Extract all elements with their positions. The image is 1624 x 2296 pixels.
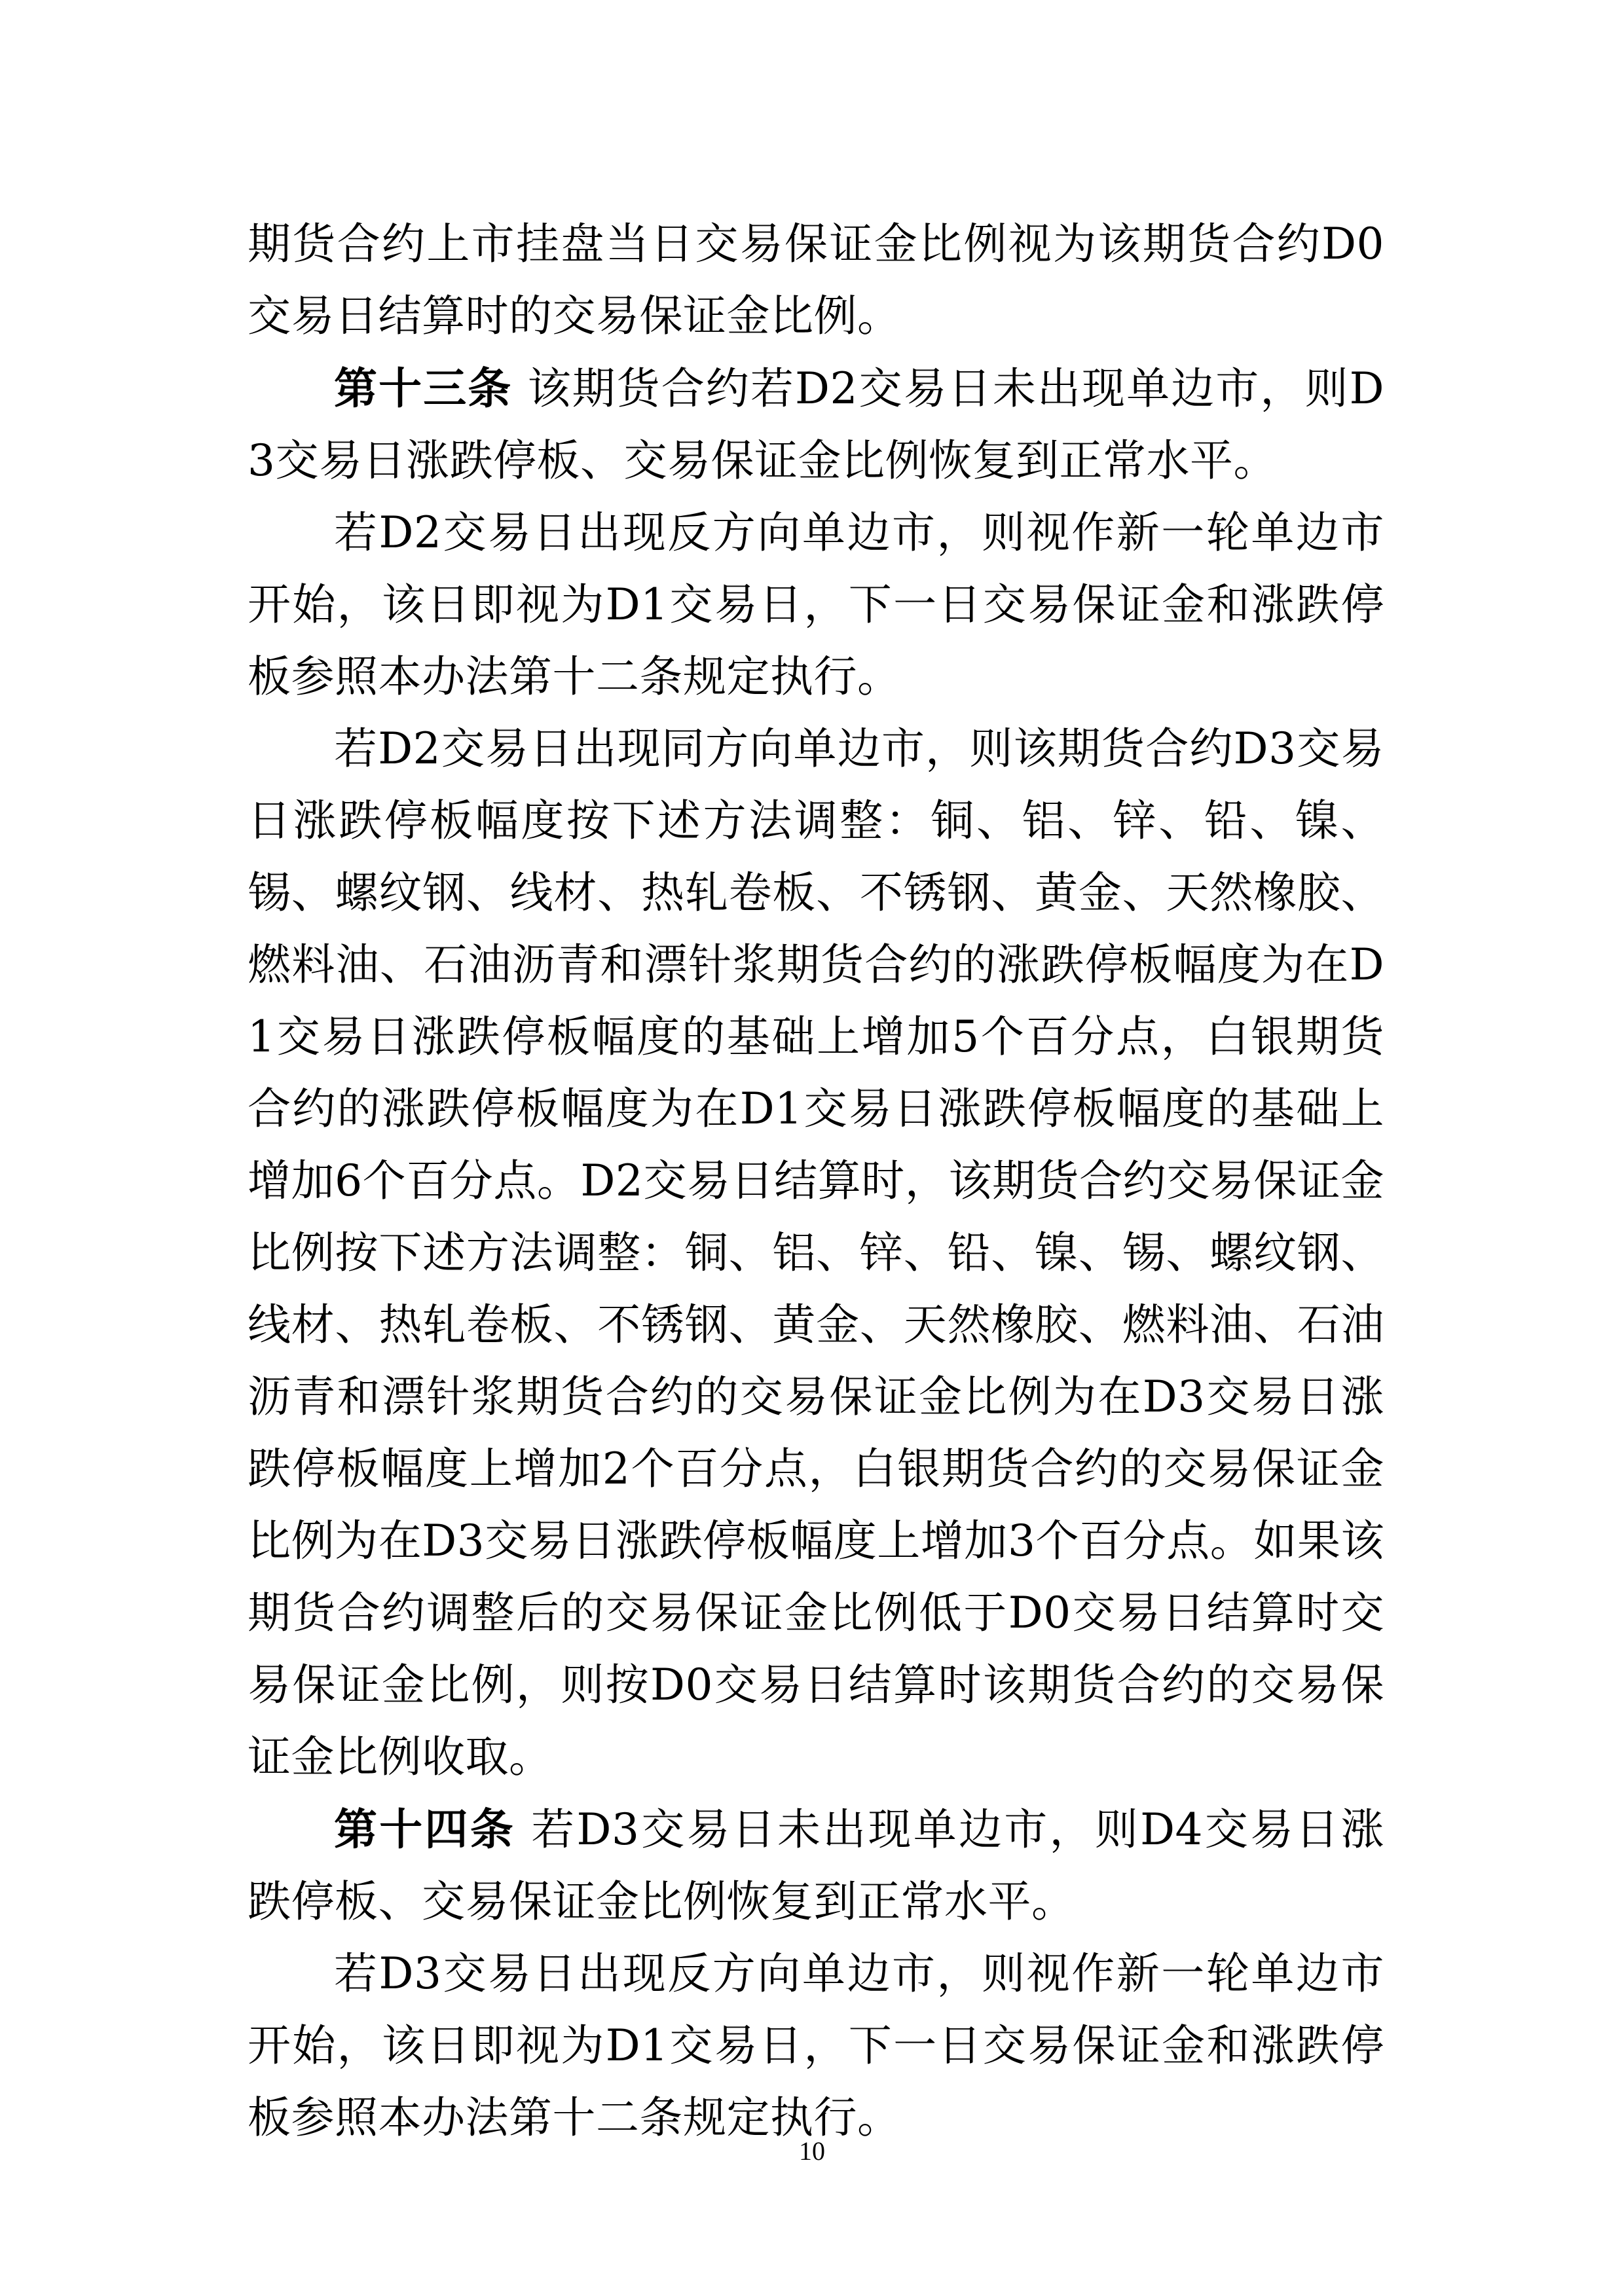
- article-heading: 第十三条: [334, 363, 512, 414]
- paragraph-text: 期货合约上市挂盘当日交易保证金比例视为该期货合约D0交易日结算时的交易保证金比例…: [248, 219, 1384, 341]
- paragraph-continuation: 期货合约上市挂盘当日交易保证金比例视为该期货合约D0交易日结算时的交易保证金比例…: [248, 208, 1384, 352]
- document-body: 期货合约上市挂盘当日交易保证金比例视为该期货合约D0交易日结算时的交易保证金比例…: [248, 208, 1384, 2154]
- page-number: 10: [0, 2136, 1624, 2166]
- paragraph-text: 若D2交易日出现反方向单边市，则视作新一轮单边市开始，该日即视为D1交易日，下一…: [248, 507, 1384, 702]
- paragraph-same-direction-d2: 若D2交易日出现同方向单边市，则该期货合约D3交易日涨跌停板幅度按下述方法调整：…: [248, 713, 1384, 1793]
- paragraph-reverse-single-side-d2: 若D2交易日出现反方向单边市，则视作新一轮单边市开始，该日即视为D1交易日，下一…: [248, 497, 1384, 713]
- paragraph-reverse-single-side-d3: 若D3交易日出现反方向单边市，则视作新一轮单边市开始，该日即视为D1交易日，下一…: [248, 1938, 1384, 2154]
- paragraph-article-13: 第十三条 该期货合约若D2交易日未出现单边市，则D3交易日涨跌停板、交易保证金比…: [248, 352, 1384, 497]
- paragraph-article-14: 第十四条 若D3交易日未出现单边市，则D4交易日涨跌停板、交易保证金比例恢复到正…: [248, 1793, 1384, 1938]
- paragraph-text: 若D2交易日出现同方向单边市，则该期货合约D3交易日涨跌停板幅度按下述方法调整：…: [248, 723, 1384, 1782]
- paragraph-text: 若D3交易日出现反方向单边市，则视作新一轮单边市开始，该日即视为D1交易日，下一…: [248, 1948, 1384, 2143]
- article-heading: 第十四条: [334, 1804, 515, 1855]
